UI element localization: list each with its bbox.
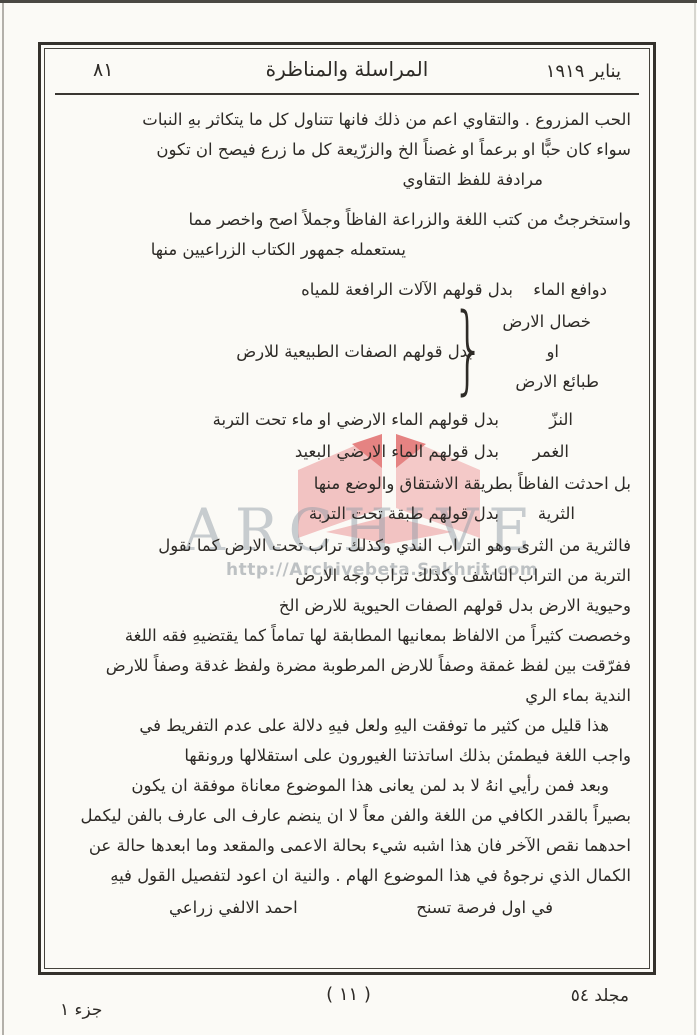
text-line: الكمال الذي نرجوهُ في هذا الموضوع الهام … bbox=[61, 861, 631, 891]
text-line: ففرّقت بين لفظ غمقة وصفاً للارض المرطوبة… bbox=[61, 651, 631, 681]
text-line: بل احدثت الفاظاً بطريقة الاشتقاق والوضع … bbox=[61, 469, 631, 499]
glossary-term: دوافع الماء bbox=[533, 275, 607, 305]
text-line: هذا قليل من كثير ما توفقت اليهِ ولعل فيه… bbox=[61, 711, 609, 741]
text-line: فالثرية من الثرى وهو التراب الندي وكذلك … bbox=[61, 531, 631, 561]
text-line: وحيوية الارض بدل قولهم الصفات الحيوية لل… bbox=[61, 591, 631, 621]
glossary-definition: بدل قولهم الماء الارضي البعيد bbox=[295, 437, 499, 467]
glossary-term: او bbox=[546, 337, 559, 367]
text-line: الحب المزروع . والتقاوي اعم من ذلك فانها… bbox=[61, 105, 631, 135]
section-title: المراسلة والمناظرة bbox=[55, 57, 639, 81]
text-line: واستخرجتُ من كتب اللغة والزراعة الفاظاً … bbox=[61, 205, 631, 235]
text-line: التربة من التراب الناشف وكذلك تراب وجه ا… bbox=[61, 561, 631, 591]
text-line: احدهما نقص الآخر فان هذا اشبه شيء بحالة … bbox=[61, 831, 631, 861]
text-line: الندية بماء الري bbox=[61, 681, 631, 711]
glossary-definition: بدل قولهم طبقة تحت التربة bbox=[309, 499, 499, 529]
author-signature: احمد الالفي زراعي bbox=[169, 893, 298, 923]
text-line: يستعمله جمهور الكتاب الزراعيين منها bbox=[61, 235, 406, 265]
scan-right-edge bbox=[694, 3, 696, 1035]
scanned-journal-page: { "page": { "header": { "date": "يناير ١… bbox=[0, 0, 697, 1035]
glossary-term: الثرية bbox=[538, 499, 575, 529]
article-body: الحب المزروع . والتقاوي اعم من ذلك فانها… bbox=[45, 95, 649, 925]
text-line: سواء كان حبًّا او برعماً او غصناً الخ وا… bbox=[61, 135, 631, 165]
page-number: ٨١ bbox=[93, 59, 113, 81]
scan-top-edge bbox=[0, 0, 697, 3]
glossary-term: طبائع الارض bbox=[515, 367, 599, 397]
glossary-row: الثرية بدل قولهم طبقة تحت التربة bbox=[61, 499, 631, 531]
page-border-frame-inner: يناير ١٩١٩ المراسلة والمناظرة ٨١ الحب ال… bbox=[44, 48, 650, 969]
text-line: واجب اللغة فيطمئن بذلك اساتذتنا الغيورون… bbox=[61, 741, 631, 771]
glossary-definition: بدل قولهم الماء الارضي او ماء تحت التربة bbox=[213, 405, 499, 435]
glossary-term: خصال الارض bbox=[502, 307, 591, 337]
text-line: وبعد فمن رأيي انهُ لا بد لمن يعانى هذا ا… bbox=[61, 771, 609, 801]
page-header: يناير ١٩١٩ المراسلة والمناظرة ٨١ bbox=[55, 49, 639, 95]
page-border-frame: يناير ١٩١٩ المراسلة والمناظرة ٨١ الحب ال… bbox=[38, 42, 656, 975]
scan-left-edge bbox=[2, 3, 4, 1035]
text-line: وخصصت كثيراً من الالفاظ بمعانيها المطابق… bbox=[61, 621, 631, 651]
glossary-row: النزّ بدل قولهم الماء الارضي او ماء تحت … bbox=[61, 405, 631, 437]
glossary-term: النزّ bbox=[549, 405, 573, 435]
glossary-brace-group: خصال الارض او طبائع الارض { بدل قولهم ال… bbox=[61, 307, 631, 399]
text-line: مرادفة للفظ التقاوي bbox=[61, 165, 543, 195]
footer-part-label: جزء ١ bbox=[60, 1000, 102, 1020]
glossary-definition: بدل قولهم الصفات الطبيعية للارض bbox=[236, 337, 473, 367]
glossary-row: دوافع الماء بدل قولهم الآلات الرافعة للم… bbox=[61, 275, 631, 307]
glossary-term: الغمر bbox=[533, 437, 569, 467]
closing-row: في اول فرصة تسنح احمد الالفي زراعي bbox=[61, 893, 631, 925]
footer-page-number: ( ١١ ) bbox=[0, 984, 697, 1005]
text-line: بصيراً بالقدر الكافي من اللغة والفن معاً… bbox=[61, 801, 631, 831]
glossary-row: الغمر بدل قولهم الماء الارضي البعيد bbox=[61, 437, 631, 469]
closing-text: في اول فرصة تسنح bbox=[416, 893, 553, 923]
